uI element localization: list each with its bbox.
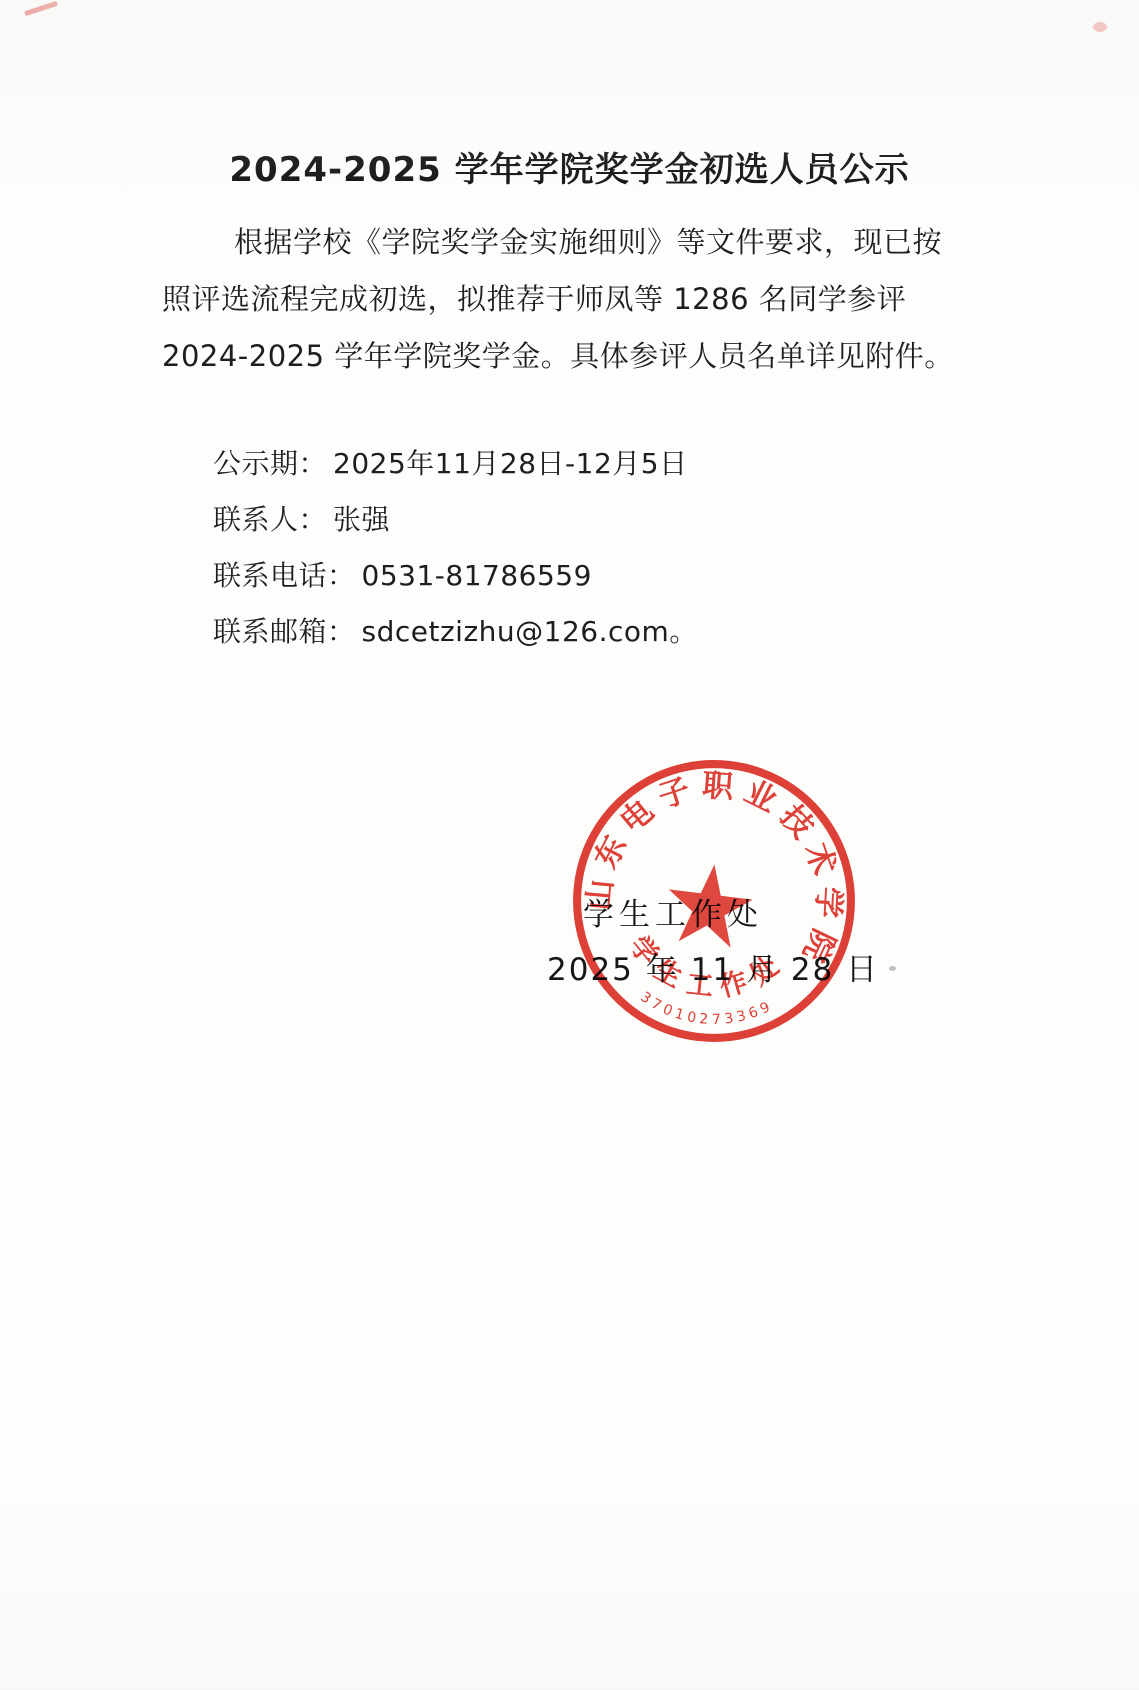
paragraph-line: 根据学校《学院奖学金实施细则》等文件要求，现已按: [162, 214, 922, 271]
contact-phone-value: 0531-81786559: [362, 559, 592, 592]
scan-artifact-red-mark: [24, 1, 58, 16]
publicity-period-line: 公示期：2025年11月28日-12月5日: [213, 436, 698, 492]
contact-email-line: 联系邮箱：sdcetzizhu@126.com。: [213, 604, 698, 660]
scanned-document-page: 2024-2025 学年学院奖学金初选人员公示 根据学校《学院奖学金实施细则》等…: [0, 0, 1139, 1690]
body-paragraph: 根据学校《学院奖学金实施细则》等文件要求，现已按 照评选流程完成初选，拟推荐于师…: [162, 214, 922, 385]
contact-phone-line: 联系电话：0531-81786559: [213, 548, 698, 604]
contact-person-value: 张强: [333, 503, 390, 536]
contact-phone-label: 联系电话：: [213, 559, 356, 592]
contact-details: 公示期：2025年11月28日-12月5日 联系人：张强 联系电话：0531-8…: [213, 436, 698, 660]
official-red-seal: 山东电子职业技术学院 学生工作处 37010273369: [546, 733, 883, 1070]
paragraph-line: 2024-2025 学年学院奖学金。具体参评人员名单详见附件。: [162, 328, 922, 385]
seal-ring-text: 山东电子职业技术学院: [575, 753, 862, 977]
seal-star-icon: [663, 859, 757, 949]
publicity-period-value: 2025年11月28日-12月5日: [333, 447, 688, 480]
document-title: 2024-2025 学年学院奖学金初选人员公示: [0, 142, 1139, 191]
publicity-period-label: 公示期：: [213, 447, 327, 480]
contact-person-label: 联系人：: [213, 503, 327, 536]
scan-speck: [889, 966, 896, 971]
paragraph-line: 照评选流程完成初选，拟推荐于师凤等 1286 名同学参评: [162, 271, 922, 328]
contact-email-label: 联系邮箱：: [213, 615, 356, 648]
contact-email-value: sdcetzizhu@126.com。: [362, 615, 698, 648]
contact-person-line: 联系人：张强: [213, 492, 698, 548]
scan-artifact-red-dot: [1093, 22, 1107, 32]
